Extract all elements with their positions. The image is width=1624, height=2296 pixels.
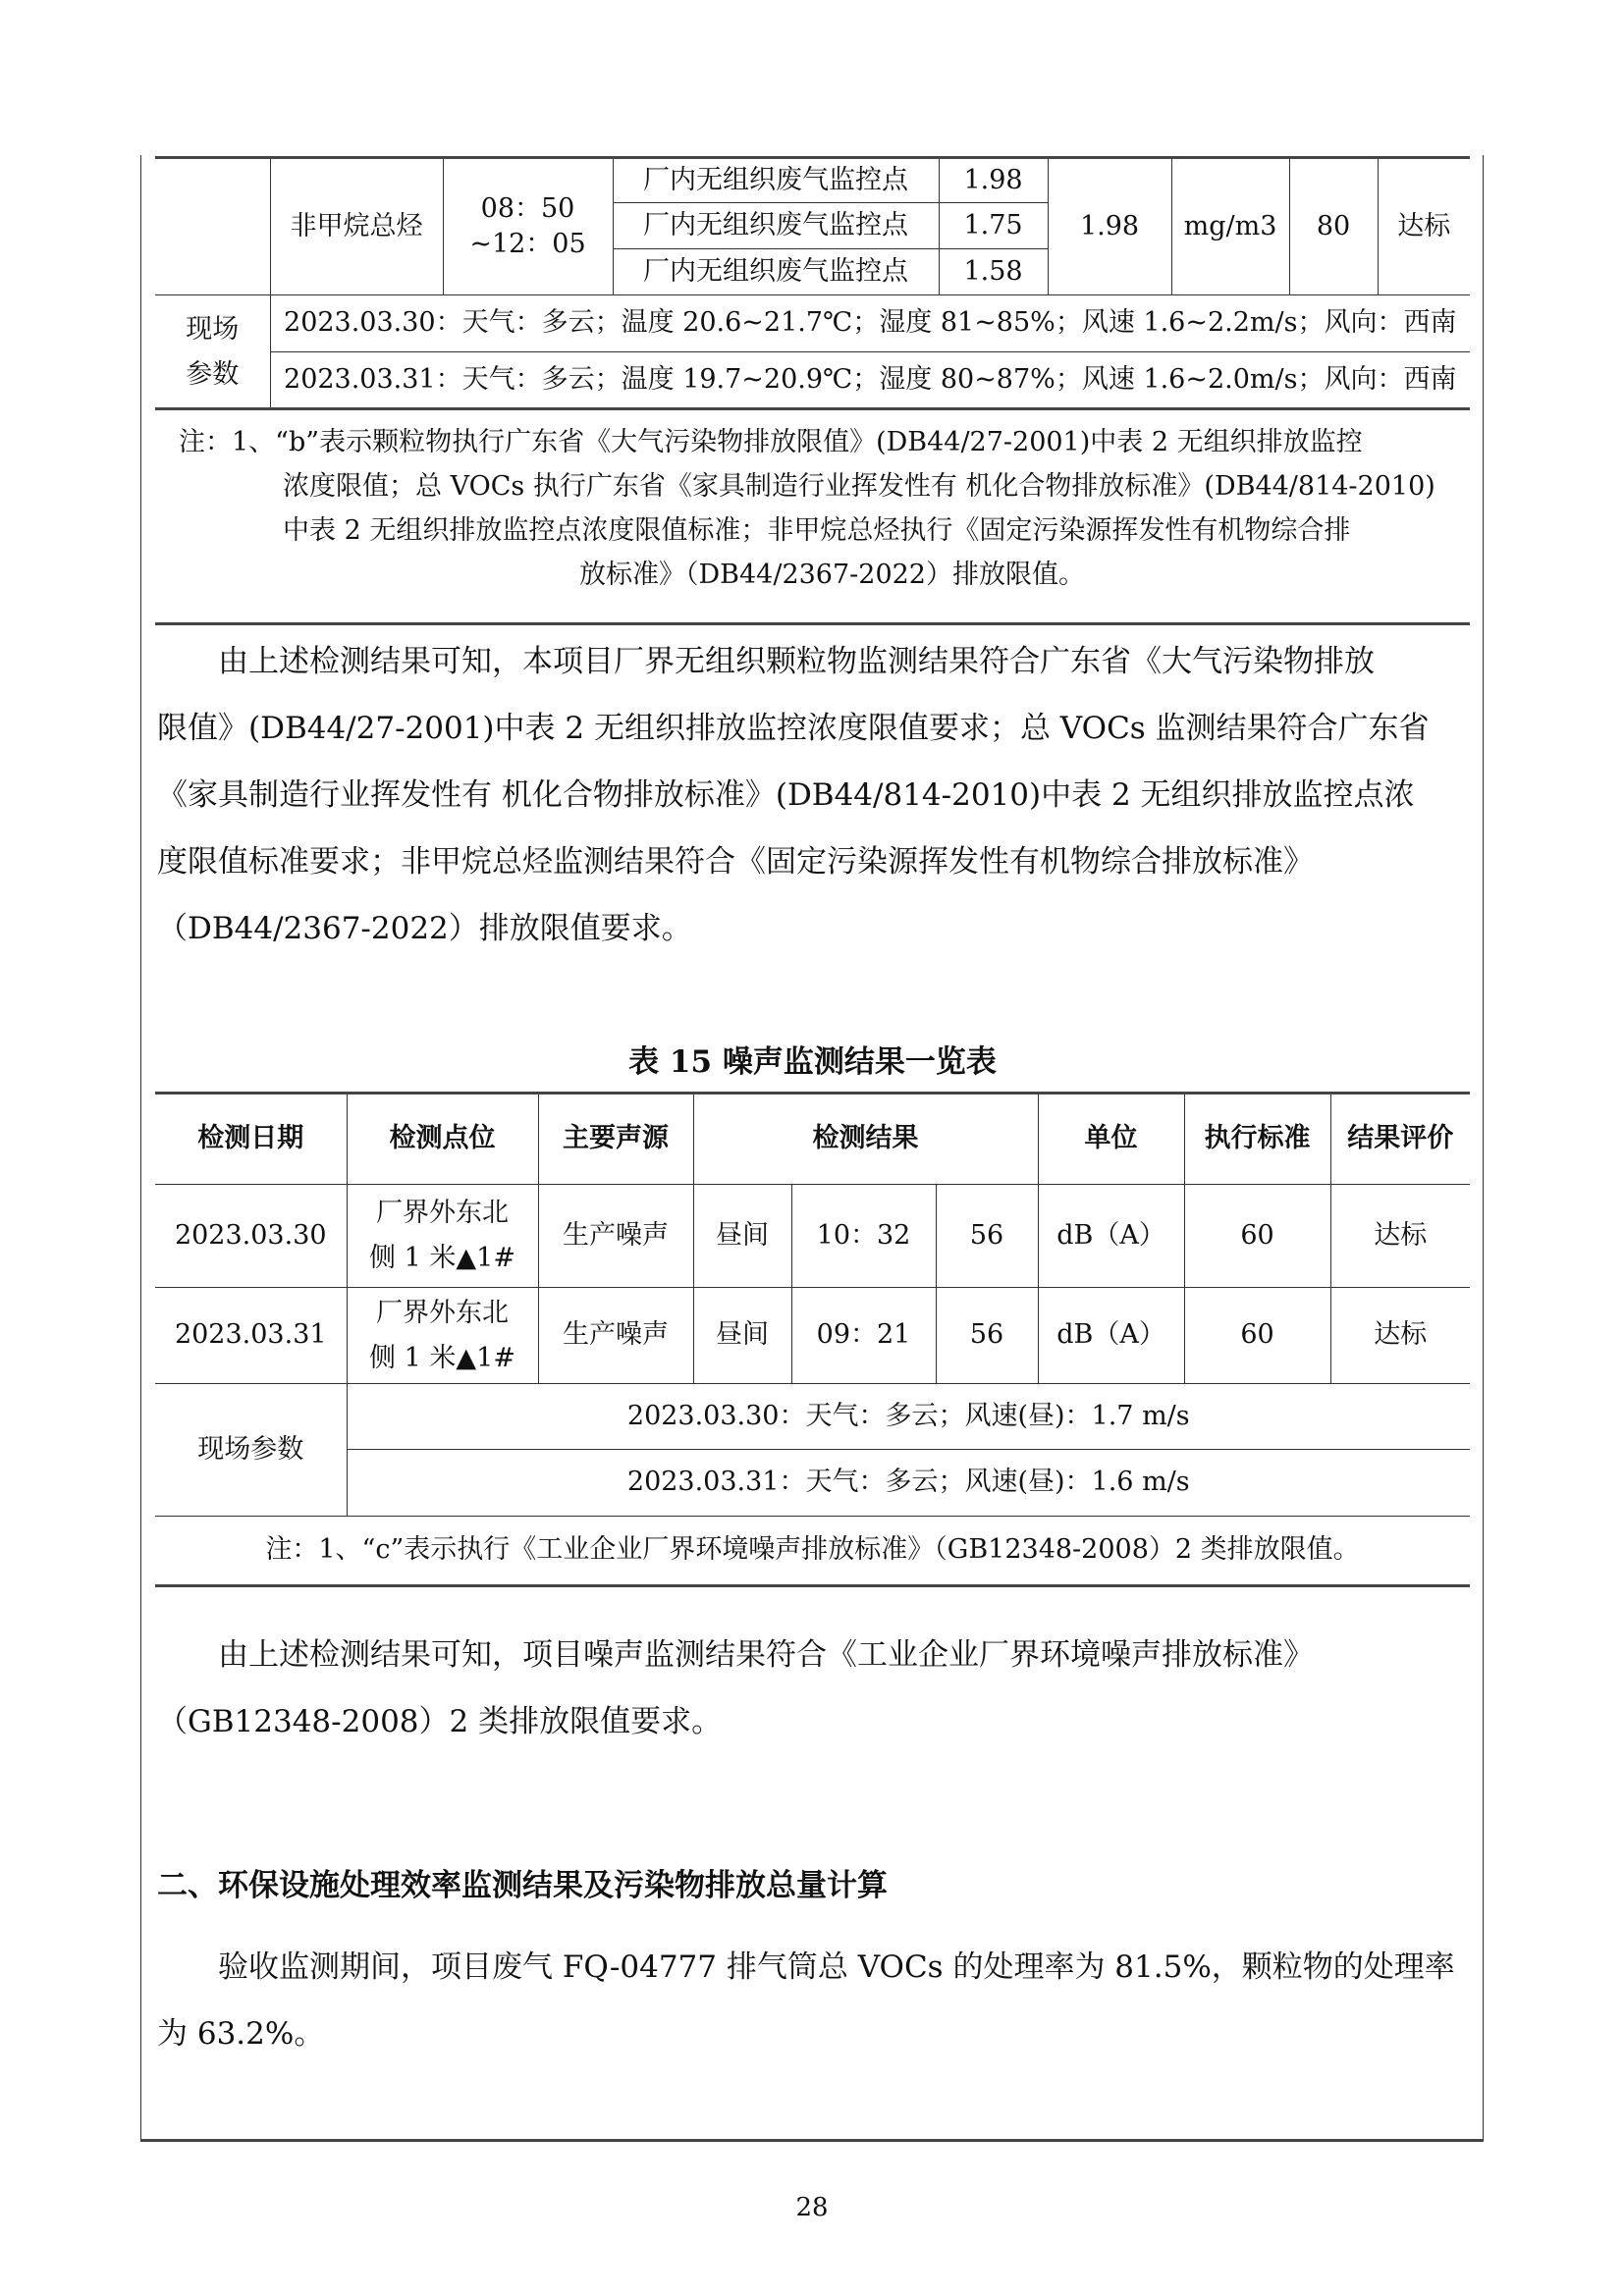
date-cell: 2023.03.30: [155, 1185, 347, 1288]
table-divider: [155, 407, 1470, 410]
paragraph-line: （GB12348-2008）2 类排放限值要求。: [157, 1688, 1473, 1755]
page-number: 28: [0, 2193, 1624, 2222]
value-cell: 1.98: [939, 158, 1048, 203]
table-row: 2023.03.31 厂界外东北 侧 1 米▲1# 生产噪声 昼间 09：21 …: [155, 1288, 1470, 1384]
note-line: 浓度限值；总 VOCs 执行广东省《家具制造行业挥发性有 机化合物排放标准》(D…: [155, 464, 1470, 508]
header-location: 检测点位: [347, 1094, 538, 1185]
site-params-label: 现场 参数: [155, 295, 270, 409]
location-cell: 厂界外东北 侧 1 米▲1#: [347, 1185, 538, 1288]
value-cell: 1.58: [939, 249, 1048, 295]
location-line: 厂界外东北: [348, 1191, 538, 1236]
header-result: 检测结果: [693, 1094, 1038, 1185]
location-cell: 厂内无组织废气监控点: [613, 203, 939, 249]
voc-results-table: 非甲烷总烃 08：50 ~12：05 厂内无组织废气监控点 1.98 1.98 …: [155, 156, 1470, 409]
standard-cell: 60: [1184, 1288, 1330, 1384]
header-evaluation: 结果评价: [1330, 1094, 1470, 1185]
header-unit: 单位: [1038, 1094, 1184, 1185]
noise-table-note: 注：1、“c”表示执行《工业企业厂界环境噪声排放标准》（GB12348-2008…: [155, 1517, 1470, 1586]
location-cell: 厂内无组织废气监控点: [613, 158, 939, 203]
unit-cell: dB（A）: [1038, 1185, 1184, 1288]
paragraph-line: 由上述检测结果可知，本项目厂界无组织颗粒物监测结果符合广东省《大气污染物排放: [157, 628, 1473, 695]
table-row: 2023.03.30 厂界外东北 侧 1 米▲1# 生产噪声 昼间 10：32 …: [155, 1185, 1470, 1288]
paragraph-line: （DB44/2367-2022）排放限值要求。: [157, 895, 1473, 962]
efficiency-paragraph: 验收监测期间，项目废气 FQ-04777 排气筒总 VOCs 的处理率为 81.…: [157, 1934, 1473, 2067]
header-date: 检测日期: [155, 1094, 347, 1185]
evaluation-cell: 达标: [1330, 1185, 1470, 1288]
standard-cell: 80: [1289, 158, 1378, 295]
time-cell: 09：21: [791, 1288, 936, 1384]
pollutant-cell: 非甲烷总烃: [270, 158, 443, 295]
noise-table-caption: 表 15 噪声监测结果一览表: [155, 1037, 1470, 1081]
standard-cell: 60: [1184, 1185, 1330, 1288]
period-cell: 昼间: [693, 1288, 791, 1384]
value-cell: 56: [936, 1185, 1038, 1288]
paragraph-line: 验收监测期间，项目废气 FQ-04777 排气筒总 VOCs 的处理率为 81.…: [157, 1934, 1473, 2001]
location-line: 厂界外东北: [348, 1291, 538, 1336]
note-line: 中表 2 无组织排放监控点浓度限值标准；非甲烷总烃执行《固定污染源挥发性有机物综…: [155, 508, 1470, 553]
location-cell: 厂内无组织废气监控点: [613, 249, 939, 295]
value-cell: 56: [936, 1288, 1038, 1384]
site-params-row: 2023.03.30：天气：多云；风速(昼)：1.7 m/s: [347, 1384, 1470, 1450]
site-params-label: 现场参数: [155, 1384, 347, 1517]
unit-cell: dB（A）: [1038, 1288, 1184, 1384]
location-cell: 厂界外东北 侧 1 米▲1#: [347, 1288, 538, 1384]
section-title: 二、环保设施处理效率监测结果及污染物排放总量计算: [157, 1860, 888, 1904]
paragraph-line: 《家具制造行业挥发性有 机化合物排放标准》(DB44/814-2010)中表 2…: [157, 762, 1473, 828]
paragraph-line: 度限值标准要求；非甲烷总烃监测结果符合《固定污染源挥发性有机物综合排放标准》: [157, 828, 1473, 895]
conclusion-paragraph-2: 由上述检测结果可知，项目噪声监测结果符合《工业企业厂界环境噪声排放标准》 （GB…: [157, 1622, 1473, 1755]
location-line: 侧 1 米▲1#: [348, 1236, 538, 1281]
noise-results-table: 检测日期 检测点位 主要声源 检测结果 单位 执行标准 结果评价 2023.03…: [155, 1092, 1470, 1587]
empty-category-cell: [155, 158, 270, 295]
time-cell: 10：32: [791, 1185, 936, 1288]
time-range-start: 08：50: [444, 191, 613, 227]
evaluation-cell: 达标: [1330, 1288, 1470, 1384]
site-params-row: 2023.03.31：天气：多云；温度 19.7~20.9℃；湿度 80~87%…: [270, 352, 1470, 409]
source-cell: 生产噪声: [538, 1185, 693, 1288]
location-line: 侧 1 米▲1#: [348, 1336, 538, 1381]
period-cell: 昼间: [693, 1185, 791, 1288]
header-source: 主要声源: [538, 1094, 693, 1185]
top-table-note: 注：1、“b”表示颗粒物执行广东省《大气污染物排放限值》(DB44/27-200…: [155, 420, 1470, 597]
site-params-label-line: 参数: [155, 352, 270, 398]
evaluation-cell: 达标: [1378, 158, 1470, 295]
note-line: 放标准》（DB44/2367-2022）排放限值。: [155, 553, 1470, 597]
paragraph-line: 限值》(DB44/27-2001)中表 2 无组织排放监控浓度限值要求；总 VO…: [157, 695, 1473, 762]
note-line: 注：1、“b”表示颗粒物执行广东省《大气污染物排放限值》(DB44/27-200…: [155, 420, 1470, 464]
paragraph-line: 为 63.2%。: [157, 2001, 1473, 2067]
time-range-cell: 08：50 ~12：05: [443, 158, 613, 295]
time-range-end: ~12：05: [444, 227, 613, 262]
site-params-row: 2023.03.31：天气：多云；风速(昼)：1.6 m/s: [347, 1450, 1470, 1517]
table-divider: [155, 622, 1470, 625]
header-standard: 执行标准: [1184, 1094, 1330, 1185]
conclusion-paragraph-1: 由上述检测结果可知，本项目厂界无组织颗粒物监测结果符合广东省《大气污染物排放 限…: [157, 628, 1473, 962]
unit-cell: mg/m3: [1171, 158, 1289, 295]
value-cell: 1.75: [939, 203, 1048, 249]
date-cell: 2023.03.31: [155, 1288, 347, 1384]
max-value-cell: 1.98: [1048, 158, 1171, 295]
source-cell: 生产噪声: [538, 1288, 693, 1384]
site-params-label-line: 现场: [155, 307, 270, 352]
paragraph-line: 由上述检测结果可知，项目噪声监测结果符合《工业企业厂界环境噪声排放标准》: [157, 1622, 1473, 1688]
site-params-row: 2023.03.30：天气：多云；温度 20.6~21.7℃；湿度 81~85%…: [270, 295, 1470, 352]
